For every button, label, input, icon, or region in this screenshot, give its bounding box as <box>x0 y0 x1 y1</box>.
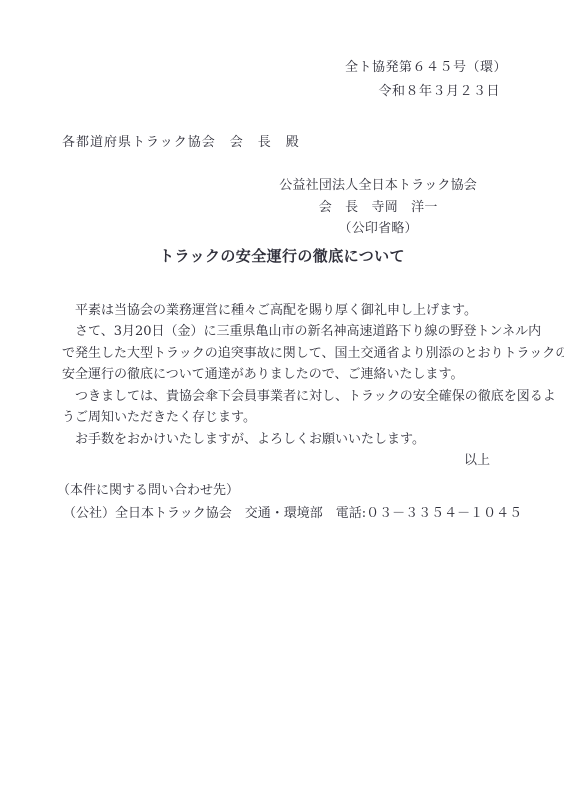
letter-date: 令和８年３月２３日 <box>0 80 564 104</box>
body-line: で発生した大型トラックの追突事故に関して、国土交通省より別添のとおりトラックの <box>62 343 536 365</box>
closing-word: 以上 <box>62 450 536 472</box>
sender-organization: 公益社団法人全日本トラック協会 <box>279 175 477 197</box>
body-line: うご周知いただきたく存じます。 <box>62 407 536 429</box>
letter-page: 全ト協発第６４５号（環） 令和８年３月２３日 各都道府県トラック協会 会 長 殿… <box>0 0 564 797</box>
letter-body: 平素は当協会の業務運営に種々ご高配を賜り厚く御礼申し上げます。 さて、3月20日… <box>62 300 536 472</box>
doc-number: 全ト協発第６４５号（環） <box>0 56 564 80</box>
body-line: さて、3月20日（金）に三重県亀山市の新名神高速道路下り線の野登トンネル内 <box>62 321 536 343</box>
body-line: つきましては、貴協会傘下会員事業者に対し、トラックの安全確保の徹底を図るよ <box>62 386 536 408</box>
addressee: 各都道府県トラック協会 会 長 殿 <box>62 132 564 154</box>
sender-title-name: 会 長 寺岡 洋一 <box>279 197 477 219</box>
letter-header: 全ト協発第６４５号（環） 令和８年３月２３日 <box>0 56 564 104</box>
sender-seal-note: （公印省略） <box>279 218 477 240</box>
body-line: 平素は当協会の業務運営に種々ご高配を賜り厚く御礼申し上げます。 <box>62 300 536 322</box>
contact-details: （公社）全日本トラック協会 交通・環境部 電話:０３－３３５４－１０４５ <box>57 502 564 525</box>
body-line: お手数をおかけいたしますが、よろしくお願いいたします。 <box>62 429 536 451</box>
sender-block: 公益社団法人全日本トラック協会 会 長 寺岡 洋一 （公印省略） <box>279 175 477 240</box>
contact-heading: （本件に関する問い合わせ先） <box>57 479 564 502</box>
subject-title: トラックの安全運行の徹底について <box>0 245 564 267</box>
body-line: 安全運行の徹底について通達がありましたので、ご連絡いたします。 <box>62 364 536 386</box>
contact-block: （本件に関する問い合わせ先） （公社）全日本トラック協会 交通・環境部 電話:０… <box>57 479 564 525</box>
